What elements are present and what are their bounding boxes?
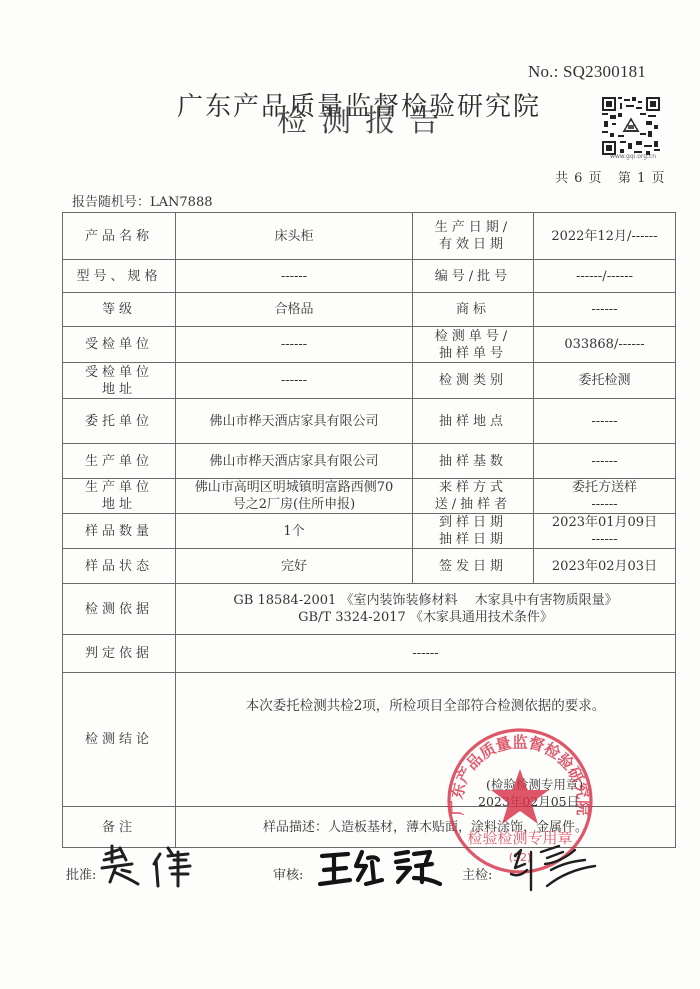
field-label: 生产单位 [63,444,176,479]
table-row: 受检单位------检测单号/ 抽样单号033868/------ [63,327,676,363]
table-row-test-basis: 检测依据 GB 18584-2001 《室内装饰装修材料 木家具中有害物质限量》… [63,584,676,635]
field-value: 合格品 [176,293,413,327]
table-row-remarks: 备注 样品描述：人造板基材，薄木贴面，涂料涂饰，金属件。 [63,807,676,848]
field-label: 等级 [63,293,176,327]
table-row: 产品名称床头柜生产日期/ 有效日期2022年12月/------ [63,213,676,260]
field-value: 完好 [176,549,413,584]
field-label: 签发日期 [413,549,534,584]
remarks-label: 备注 [63,807,176,848]
report-number-label: No.: [528,62,559,81]
field-value: ------ [534,399,676,444]
field-label: 委托单位 [63,399,176,444]
table-row: 样品状态完好签发日期2023年02月03日 [63,549,676,584]
test-basis-value: GB 18584-2001 《室内装饰装修材料 木家具中有害物质限量》 GB/T… [176,584,676,635]
report-table: 产品名称床头柜生产日期/ 有效日期2022年12月/------型号、规格---… [62,212,676,848]
conclusion-text: 本次委托检测共检2项，所检项目全部符合检测依据的要求。 [176,698,675,715]
field-label: 到样日期 抽样日期 [413,514,534,549]
field-value: 佛山市高明区明城镇明富路西侧70 号之2厂房(住所申报) [176,479,413,514]
judgement-basis-label: 判定依据 [63,635,176,673]
field-value: ------ [176,363,413,399]
field-label: 受检单位 地址 [63,363,176,399]
field-value: 委托方送样 ------ [534,479,676,514]
field-label: 生产单位 地址 [63,479,176,514]
report-number: No.: SQ2300181 [528,62,646,82]
random-number-value: LAN7888 [150,195,212,210]
table-row: 委托单位佛山市桦天酒店家具有限公司抽样地点------ [63,399,676,444]
field-label: 型号、规格 [63,260,176,293]
random-number-label: 报告随机号： [72,195,150,210]
table-row-conclusion: 检测结论 本次委托检测共检2项，所检项目全部符合检测依据的要求。 (检验检测专用… [63,673,676,807]
field-label: 样品数量 [63,514,176,549]
field-value: 佛山市桦天酒店家具有限公司 [176,399,413,444]
field-label: 受检单位 [63,327,176,363]
table-row: 型号、规格------编号/批号------/------ [63,260,676,293]
test-basis-line-1: GB 18584-2001 《室内装饰装修材料 木家具中有害物质限量》 [180,592,671,609]
seal-date: 2023年02月05日 [478,793,579,810]
qr-url: www.gqi.org.cn [598,153,668,160]
field-value: 2023年01月09日 ------ [534,514,676,549]
page-info: 共 6 页 第 1 页 [555,167,665,186]
inspector-label: 主检: [462,864,492,883]
field-label: 商标 [413,293,534,327]
field-label: 产品名称 [63,213,176,260]
document-title: 检测报告 [0,107,700,137]
approver-signature: 裴伟 [98,842,208,892]
review-label: 审核: [273,864,303,883]
field-value: 1个 [176,514,413,549]
field-label: 编号/批号 [413,260,534,293]
field-value: ------ [176,327,413,363]
field-value: 床头柜 [176,213,413,260]
conclusion-value: 本次委托检测共检2项，所检项目全部符合检测依据的要求。 (检验检测专用章) 20… [176,673,676,807]
table-row-judgement-basis: 判定依据 ------ [63,635,676,673]
field-value: ------/------ [534,260,676,293]
field-label: 检测单号/ 抽样单号 [413,327,534,363]
remarks-value: 样品描述：人造板基材，薄木贴面，涂料涂饰，金属件。 [176,807,676,848]
test-basis-label: 检测依据 [63,584,176,635]
table-row: 样品数量1个到样日期 抽样日期2023年01月09日 ------ [63,514,676,549]
report-random-number: 报告随机号：LAN7888 [72,191,213,210]
field-value: 033868/------ [534,327,676,363]
approve-label: 批准: [66,864,96,883]
field-value: ------ [176,260,413,293]
table-row: 等级合格品商标------ [63,293,676,327]
judgement-basis-value: ------ [176,635,676,673]
report-number-value: SQ2300181 [563,62,646,81]
qr-code-icon [602,97,660,155]
conclusion-label: 检测结论 [63,673,176,807]
inspector-signature: 刘学 [505,840,600,896]
field-value: 2023年02月03日 [534,549,676,584]
field-label: 来样方式 送/抽样者 [413,479,534,514]
field-value: 委托检测 [534,363,676,399]
test-basis-line-2: GB/T 3324-2017 《木家具通用技术条件》 [180,609,671,626]
field-label: 生产日期/ 有效日期 [413,213,534,260]
field-label: 抽样地点 [413,399,534,444]
seal-label: (检验检测专用章) [486,776,583,793]
table-row: 生产单位佛山市桦天酒店家具有限公司抽样基数------ [63,444,676,479]
reviewer-signature: 王红强 [318,848,448,892]
field-label: 抽样基数 [413,444,534,479]
field-value: 佛山市桦天酒店家具有限公司 [176,444,413,479]
field-label: 样品状态 [63,549,176,584]
table-row: 生产单位 地址佛山市高明区明城镇明富路西侧70 号之2厂房(住所申报)来样方式 … [63,479,676,514]
field-label: 检测类别 [413,363,534,399]
field-value: 2022年12月/------ [534,213,676,260]
field-value: ------ [534,444,676,479]
table-row: 受检单位 地址------检测类别委托检测 [63,363,676,399]
seal-code: (S2) [509,851,532,864]
field-value: ------ [534,293,676,327]
